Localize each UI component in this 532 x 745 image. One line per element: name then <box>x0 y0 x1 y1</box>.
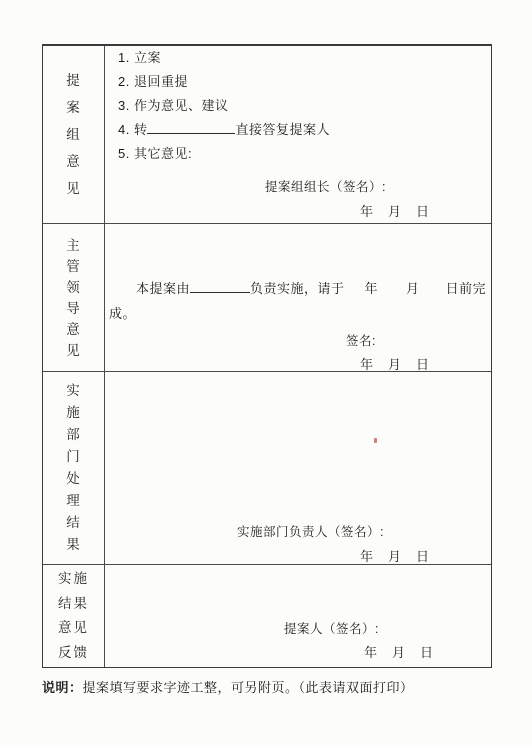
header-char: 处 <box>66 468 81 490</box>
option-item-4: 4. 转直接答复提案人 <box>118 118 330 142</box>
option-item-4-prefix: 4. 转 <box>118 122 147 137</box>
header-char: 组 <box>66 121 81 148</box>
proposal-group-opinion-cell: 1. 立案 2. 退回重提 3. 作为意见、建议 4. 转直接答复提案人 5. … <box>105 46 491 223</box>
header-char: 意 <box>66 148 81 175</box>
implementation-result-feedback-cell: 提案人（签名）: 年 月 日 <box>105 565 491 667</box>
day-label: 日 <box>416 201 429 220</box>
section-supervisor-leader-opinion: 主 管 领 导 意 见 本提案由负责实施，请于年月日前完成。 签名: 年 月 日 <box>43 223 491 371</box>
fill-in-blank-line <box>190 292 250 293</box>
statement-wrap: 成。 <box>109 306 136 321</box>
statement-part-3: 日前完 <box>446 281 487 296</box>
header-char: 理 <box>66 490 81 512</box>
year-label: 年 <box>364 642 377 661</box>
row-header-proposal-group-opinion: 提 案 组 意 见 <box>43 46 105 223</box>
implementation-dept-result-cell: 实施部门负责人（签名）: 年 月 日 <box>105 372 491 564</box>
day-label: 日 <box>420 642 433 661</box>
header-line: 反馈 <box>58 641 89 666</box>
header-char: 提 <box>66 67 81 94</box>
footnote: 说明：提案填写要求字迹工整，可另附页。（此表请双面打印） <box>42 677 414 696</box>
option-item-1: 1. 立案 <box>118 46 330 70</box>
year-label: 年 <box>365 281 379 296</box>
form-table: 提 案 组 意 见 1. 立案 2. 退回重提 3. 作为意见、建议 4. 转直… <box>42 44 492 668</box>
option-list: 1. 立案 2. 退回重提 3. 作为意见、建议 4. 转直接答复提案人 5. … <box>118 46 330 166</box>
month-label: 月 <box>388 354 401 373</box>
dept-head-signature-label: 实施部门负责人（签名）: <box>237 522 384 540</box>
month-label: 月 <box>388 546 401 565</box>
date-line: 年 月 日 <box>360 354 429 373</box>
header-char: 果 <box>66 534 81 556</box>
row-header-implementation-result-feedback: 实施 结果 意见 反馈 <box>43 565 105 667</box>
option-item-5: 5. 其它意见: <box>118 142 330 166</box>
footnote-label: 说明： <box>42 680 83 695</box>
footnote-text: 提案填写要求字迹工整，可另附页。（此表请双面打印） <box>83 680 414 695</box>
group-leader-signature-label: 提案组组长（签名）: <box>265 177 386 195</box>
header-char: 管 <box>66 256 81 277</box>
header-line: 结果 <box>58 592 89 617</box>
header-char: 导 <box>66 298 81 319</box>
statement-part-1: 本提案由 <box>136 281 190 296</box>
header-char: 结 <box>66 512 81 534</box>
red-scan-speck <box>374 438 377 443</box>
date-line: 年 月 日 <box>364 642 433 661</box>
row-header-implementation-dept-result: 实 施 部 门 处 理 结 果 <box>43 372 105 564</box>
header-char: 领 <box>66 277 81 298</box>
statement-part-2: 负责实施，请于 <box>250 281 345 296</box>
row-header-supervisor-leader-opinion: 主 管 领 导 意 见 <box>43 224 105 371</box>
month-label: 月 <box>406 281 420 296</box>
signature-label: 签名: <box>346 331 376 349</box>
header-line: 实施 <box>58 567 89 592</box>
option-item-4-suffix: 直接答复提案人 <box>235 122 330 137</box>
header-line: 意见 <box>58 616 89 641</box>
month-label: 月 <box>392 642 405 661</box>
section-implementation-result-feedback: 实施 结果 意见 反馈 提案人（签名）: 年 月 日 <box>43 564 491 667</box>
month-label: 月 <box>388 201 401 220</box>
day-label: 日 <box>416 546 429 565</box>
proposal-form-page: 提 案 组 意 见 1. 立案 2. 退回重提 3. 作为意见、建议 4. 转直… <box>0 0 532 745</box>
year-label: 年 <box>360 201 373 220</box>
date-line: 年 月 日 <box>360 201 429 220</box>
header-char: 施 <box>66 402 81 424</box>
day-label: 日 <box>416 354 429 373</box>
supervisor-leader-opinion-cell: 本提案由负责实施，请于年月日前完成。 签名: 年 月 日 <box>105 224 491 371</box>
header-char: 实 <box>66 380 81 402</box>
option-item-2: 2. 退回重提 <box>118 70 330 94</box>
year-label: 年 <box>360 546 373 565</box>
header-char: 见 <box>66 175 81 202</box>
header-char: 案 <box>66 94 81 121</box>
section-proposal-group-opinion: 提 案 组 意 见 1. 立案 2. 退回重提 3. 作为意见、建议 4. 转直… <box>43 46 491 223</box>
header-char: 主 <box>66 235 81 256</box>
option-item-3: 3. 作为意见、建议 <box>118 94 330 118</box>
header-char: 门 <box>66 446 81 468</box>
fill-in-blank-line <box>147 133 235 134</box>
section-implementation-dept-result: 实 施 部 门 处 理 结 果 实施部门负责人（签名）: 年 月 日 <box>43 371 491 564</box>
proposer-signature-label: 提案人（签名）: <box>284 619 379 637</box>
year-label: 年 <box>360 354 373 373</box>
date-line: 年 月 日 <box>360 546 429 565</box>
implementation-statement: 本提案由负责实施，请于年月日前完成。 <box>109 276 489 326</box>
header-char: 部 <box>66 424 81 446</box>
header-char: 意 <box>66 319 81 340</box>
header-char: 见 <box>66 340 81 361</box>
